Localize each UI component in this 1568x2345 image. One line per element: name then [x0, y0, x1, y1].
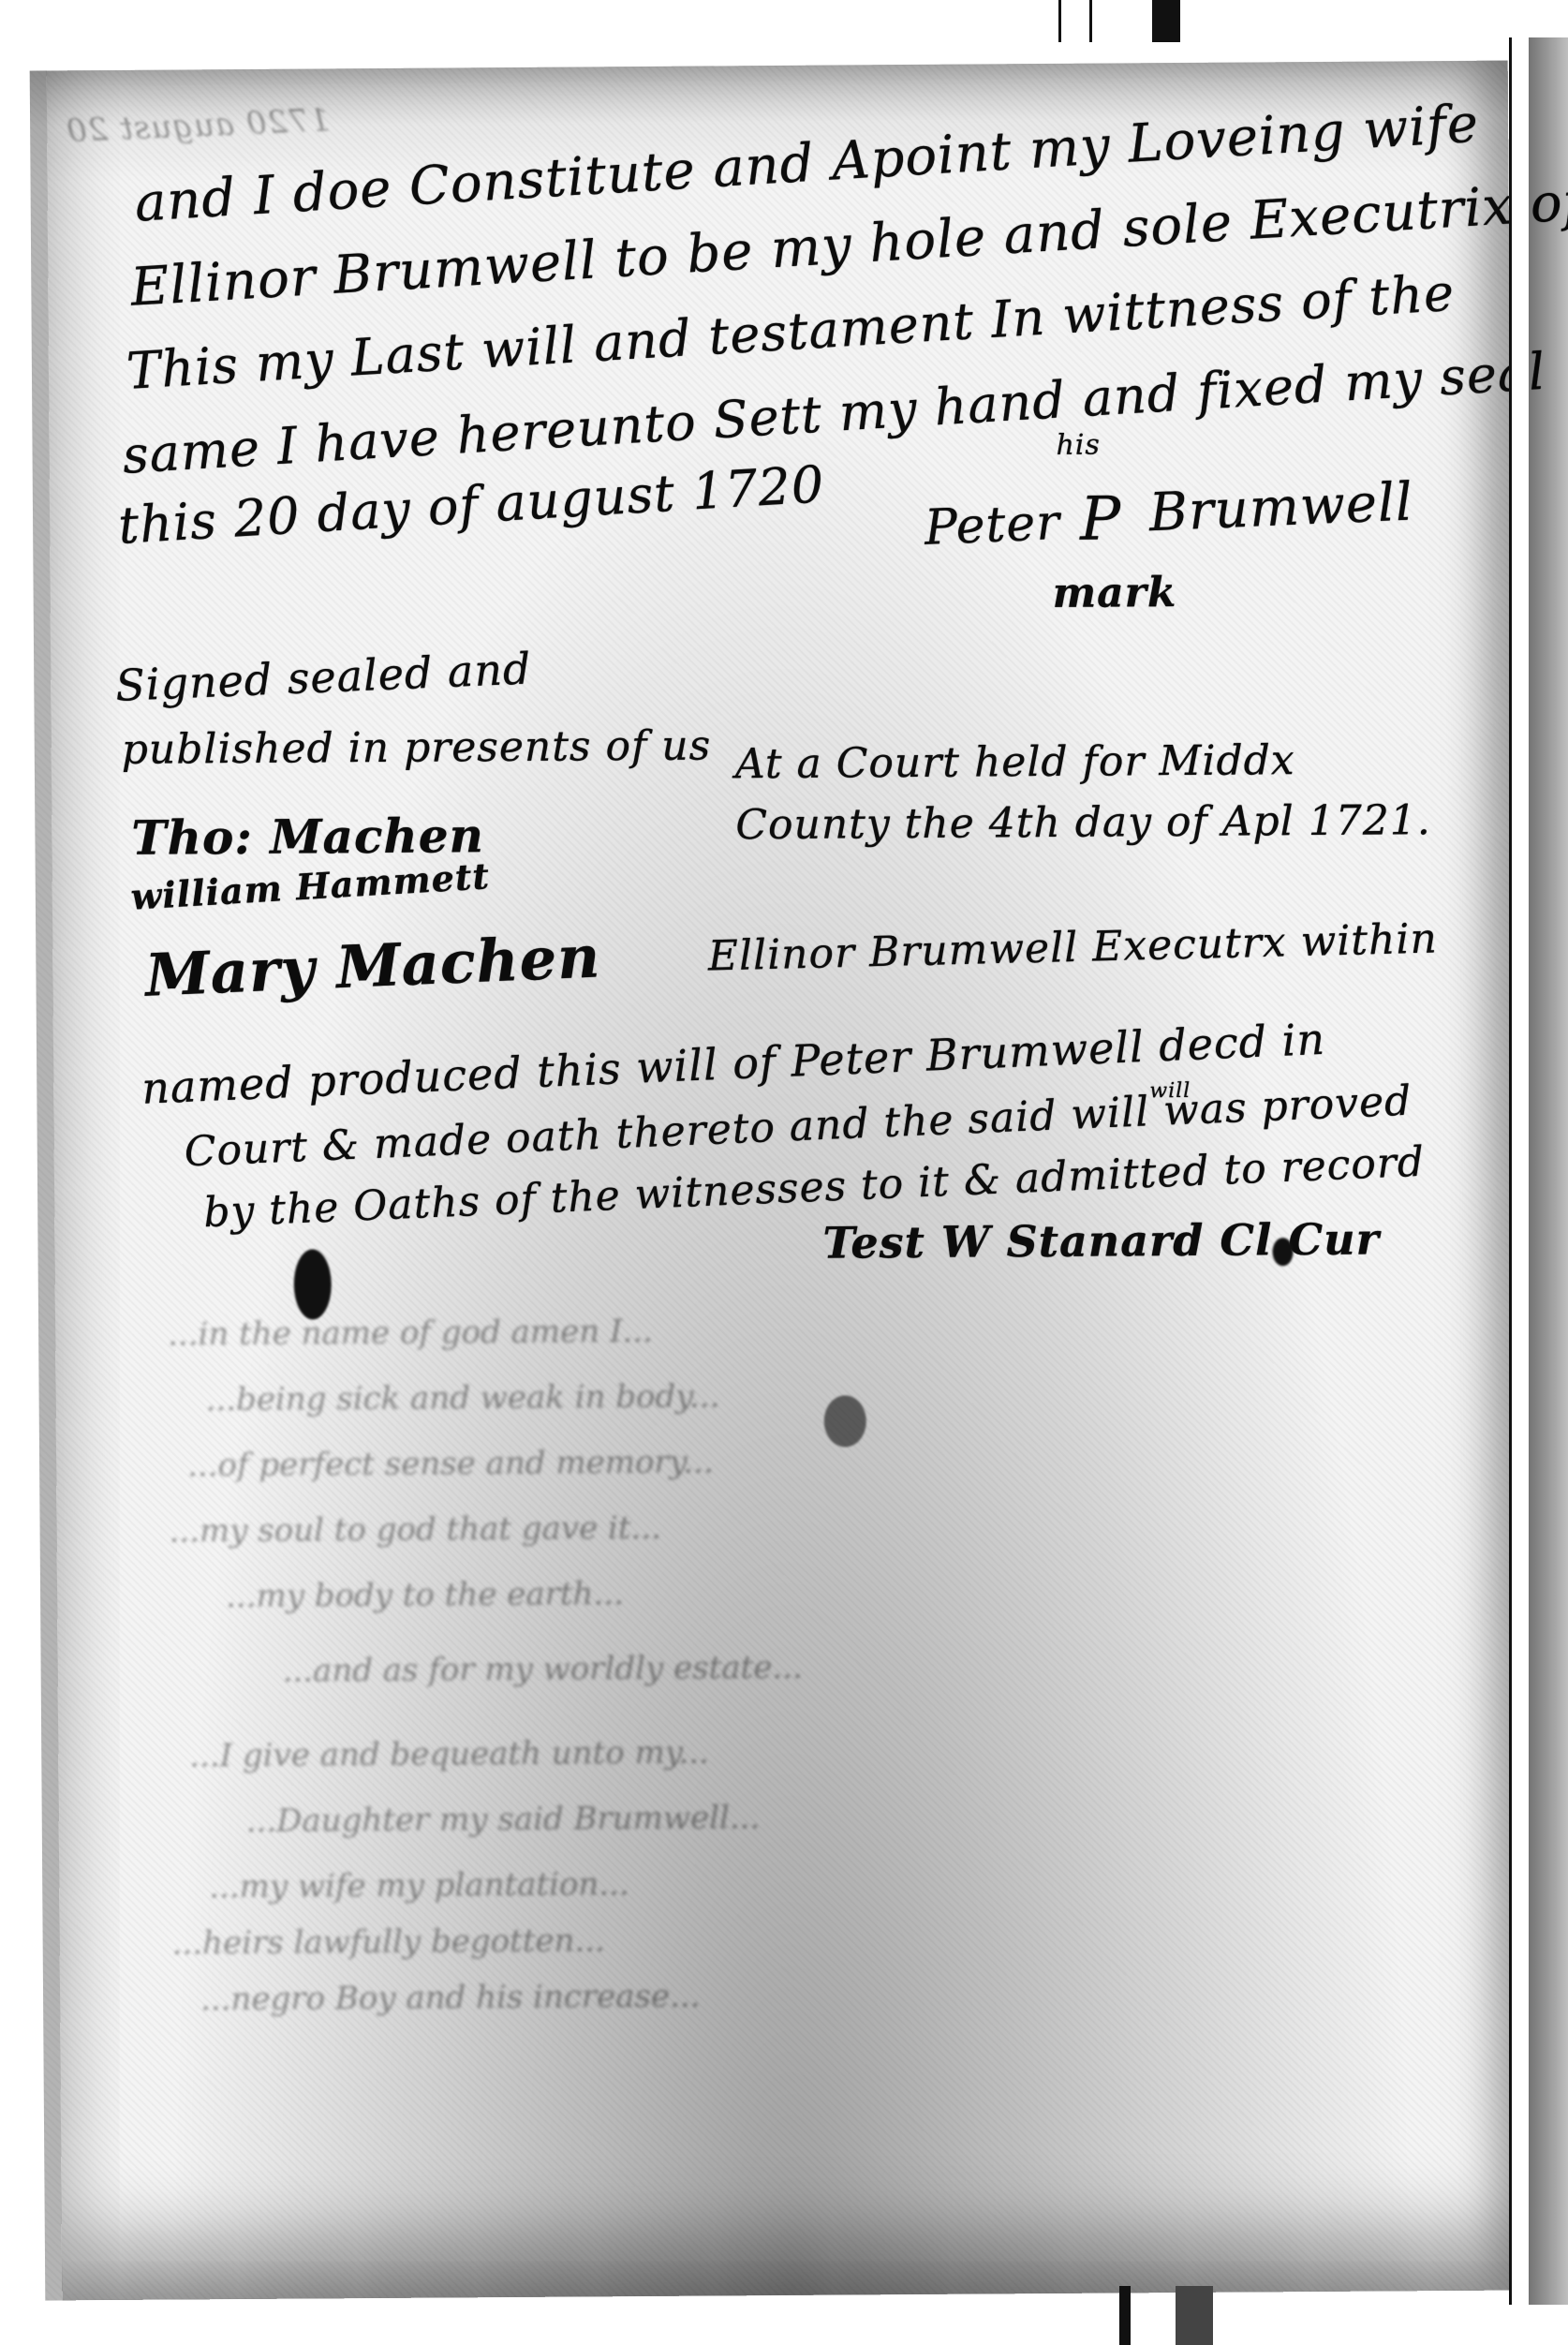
- attestation-line-2: published in presents of us: [122, 721, 712, 773]
- bleed-line: ...being sick and weak in body...: [205, 1377, 719, 1418]
- binding-clip-bottom-dark: [1176, 2286, 1213, 2345]
- ink-blot: [294, 1249, 333, 1319]
- binding-clip-bottom: [1119, 2286, 1131, 2345]
- witness-thomas-machen: Tho: Machen: [131, 808, 484, 866]
- mirrored-header: 1720 august 20: [65, 101, 331, 150]
- document-page: 1720 august 20 and I doe Constitute and …: [30, 61, 1524, 2301]
- attestation-line-1: Signed sealed and: [114, 643, 532, 711]
- bleed-line: ...and as for my worldly estate...: [283, 1649, 803, 1690]
- bleed-line: ...of perfect sense and memory...: [187, 1443, 714, 1484]
- signature-last-name: Brumwell: [1148, 471, 1414, 543]
- book-binding-edge: [1509, 37, 1568, 2305]
- court-heading-line-1: At a Court held for Middx: [735, 736, 1295, 788]
- signature-mark-glyph: P: [1080, 484, 1122, 554]
- bleed-line: ...my soul to god that gave it...: [169, 1509, 661, 1551]
- ink-blot: [1272, 1238, 1293, 1266]
- probate-line-1: Ellinor Brumwell Executrx within: [707, 914, 1438, 980]
- bleed-line: ...my wife my plantation...: [209, 1865, 629, 1906]
- signature-mark-label: mark: [1052, 569, 1176, 617]
- testator-signature: his Peter P Brumwell mark: [47, 61, 1508, 71]
- witness-mary-machen: Mary Machen: [144, 922, 602, 1009]
- signature-his: his: [1056, 429, 1101, 462]
- bleed-line: ...heirs lawfully begotten...: [172, 1922, 605, 1962]
- bleed-line: ...my body to the earth...: [226, 1575, 624, 1615]
- bleed-through-text: ...in the name of god amen I... ...being…: [168, 1307, 1411, 2299]
- bleed-line: ...Daughter my said Brumwell...: [246, 1799, 761, 1840]
- signature-first-name: Peter: [924, 495, 1061, 557]
- bleed-line: ...in the name of god amen I...: [168, 1313, 653, 1354]
- bleed-line: ...I give and bequeath unto my...: [189, 1734, 709, 1775]
- court-heading-line-2: County the 4th day of Apl 1721.: [735, 796, 1431, 849]
- binding-clip-top: [1058, 0, 1092, 42]
- bleed-line: ...negro Boy and his increase...: [200, 1978, 701, 2019]
- clerk-attestation: Test W Stanard Cl Cur: [822, 1214, 1380, 1269]
- binding-clip-top-dark: [1152, 0, 1180, 42]
